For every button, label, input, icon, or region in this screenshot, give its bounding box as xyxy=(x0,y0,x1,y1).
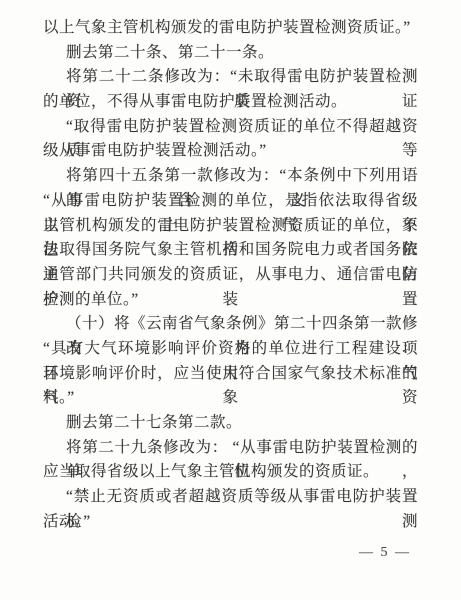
text-line: 将第二十九条修改为： “从事雷电防护装置检测的单位， xyxy=(43,436,418,461)
text-line: 将第二十二条修改为：“未取得雷电防护装置检测资质证 xyxy=(43,65,418,90)
text-line: “禁止无资质或者超越资质等级从事雷电防护装置检测 xyxy=(43,485,418,510)
text-line: 以上气象主管机构颁发的雷电防护装置检测资质证。” xyxy=(43,16,418,41)
text-line: 将第四十五条第一款修改为：“本条例中下列用语的含义： xyxy=(43,164,418,189)
text-line: 删去第二十条、第二十一条。 xyxy=(43,41,418,66)
text-line: （十）将《云南省气象条例》第二十四条第一款修改为： xyxy=(43,312,418,337)
text-line: 删去第二十七条第二款。 xyxy=(43,411,418,436)
page-number: — 5 — xyxy=(359,545,411,561)
text-line: 主管机构颁发的雷电防护装置检测资质证的单位，不包括依 xyxy=(43,214,418,239)
document-text-block: 以上气象主管机构颁发的雷电防护装置检测资质证。” 删去第二十条、第二十一条。 将… xyxy=(43,16,418,534)
text-line: 应当取得省级以上气象主管机构颁发的资质证。 xyxy=(43,460,418,485)
text-line: 环境影响评价时，应当使用符合国家气象技术标准的气象资 xyxy=(43,362,418,387)
text-line: “具有大气环境影响评价资格的单位进行工程建设项目大气 xyxy=(43,337,418,362)
scanned-document-page: 以上气象主管机构颁发的雷电防护装置检测资质证。” 删去第二十条、第二十一条。 将… xyxy=(0,0,461,600)
text-line: “取得雷电防护装置检测资质证的单位不得超越资质等 xyxy=(43,115,418,140)
text-line: 法取得国务院气象主管机构和国务院电力或者国务院通信 xyxy=(43,238,418,263)
text-line: “从事雷电防护装置检测的单位，是指依法取得省级以上气象 xyxy=(43,189,418,214)
text-line: 主管部门共同颁发的资质证，从事电力、通信雷电防护装置 xyxy=(43,263,418,288)
